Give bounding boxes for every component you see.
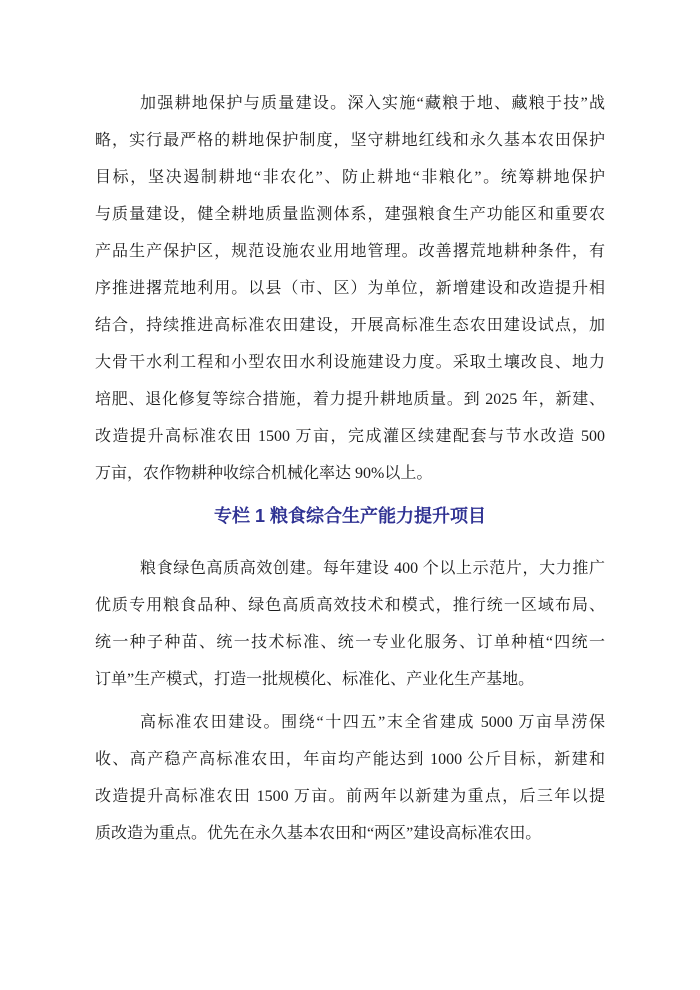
text-line: 大骨干水利工程和小型农田水利设施建设力度。采取土壤改良、地力 (95, 344, 605, 381)
text-line: 统一种子种苗、统一技术标准、统一专业化服务、订单种植“四统一 (95, 624, 605, 661)
column-1-heading: 专栏 1 粮食综合生产能力提升项目 (95, 498, 605, 535)
text-line: 目标，坚决遏制耕地“非农化”、防止耕地“非粮化”。统筹耕地保护 (95, 159, 605, 196)
text-line: 与质量建设，健全耕地质量监测体系，建强粮食生产功能区和重要农 (95, 196, 605, 233)
text-line: 改造提升高标准农田 1500 万亩，完成灌区续建配套与节水改造 500 (95, 418, 605, 455)
text-line: 质改造为重点。优先在永久基本农田和“两区”建设高标准农田。 (95, 815, 605, 852)
text-line: 产品生产保护区，规范设施农业用地管理。改善撂荒地耕种条件，有 (95, 233, 605, 270)
text-line: 改造提升高标准农田 1500 万亩。前两年以新建为重点，后三年以提 (95, 778, 605, 815)
text-line: 培肥、退化修复等综合措施，着力提升耕地质量。到 2025 年，新建、 (95, 381, 605, 418)
document-page: 加强耕地保护与质量建设。深入实施“藏粮于地、藏粮于技”战 略，实行最严格的耕地保… (0, 0, 700, 990)
text-line: 粮食绿色高质高效创建。每年建设 400 个以上示范片，大力推广 (95, 550, 605, 587)
paragraph-high-standard-farmland: 高标准农田建设。围绕“十四五”末全省建成 5000 万亩旱涝保 收、高产稳产高标… (95, 704, 605, 852)
paragraph-farmland-protection: 加强耕地保护与质量建设。深入实施“藏粮于地、藏粮于技”战 略，实行最严格的耕地保… (95, 85, 605, 492)
text-line: 收、高产稳产高标准农田，年亩均产能达到 1000 公斤目标，新建和 (95, 741, 605, 778)
text-line: 优质专用粮食品种、绿色高质高效技术和模式，推行统一区域布局、 (95, 587, 605, 624)
text-line: 订单”生产模式，打造一批规模化、标准化、产业化生产基地。 (95, 661, 605, 698)
text-line: 序推进撂荒地利用。以县（市、区）为单位，新增建设和改造提升相 (95, 270, 605, 307)
text-line: 略，实行最严格的耕地保护制度，坚守耕地红线和永久基本农田保护 (95, 122, 605, 159)
text-line: 万亩，农作物耕种收综合机械化率达 90%以上。 (95, 455, 605, 492)
text-line: 高标准农田建设。围绕“十四五”末全省建成 5000 万亩旱涝保 (95, 704, 605, 741)
text-line: 结合，持续推进高标准农田建设，开展高标准生态农田建设试点，加 (95, 307, 605, 344)
paragraph-green-grain-creation: 粮食绿色高质高效创建。每年建设 400 个以上示范片，大力推广 优质专用粮食品种… (95, 550, 605, 698)
text-line: 加强耕地保护与质量建设。深入实施“藏粮于地、藏粮于技”战 (95, 85, 605, 122)
